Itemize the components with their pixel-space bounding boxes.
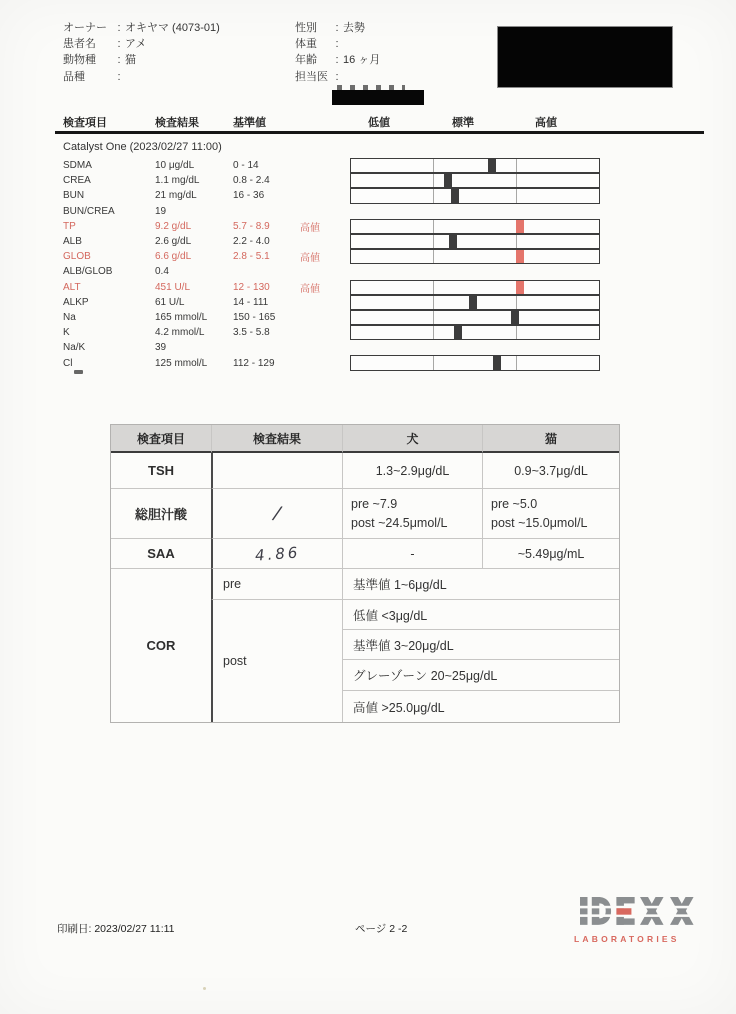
idexx-logo: LABORATORIES bbox=[574, 897, 706, 944]
catalyst-row: ALB/GLOB0.4 bbox=[63, 264, 600, 279]
catalyst-row: Na/K39 bbox=[63, 340, 600, 355]
catalyst-row: ALB2.6 g/dL2.2 - 4.0 bbox=[63, 234, 600, 249]
test-name: ALT bbox=[63, 282, 155, 293]
reference-range: 2.2 - 4.0 bbox=[233, 236, 300, 247]
range-divider bbox=[516, 235, 517, 248]
cor-ref-2: 基準値 3~20μg/dL bbox=[342, 629, 619, 659]
test-result: 9.2 g/dL bbox=[155, 221, 233, 232]
test-result: 19 bbox=[155, 206, 233, 217]
test-name: BUN/CREA bbox=[63, 206, 155, 217]
test-name: Na/K bbox=[63, 342, 155, 353]
range-divider bbox=[433, 220, 434, 233]
weight-row: 体重 : bbox=[295, 36, 380, 52]
reference-range: 150 - 165 bbox=[233, 312, 300, 323]
test-name: ALB bbox=[63, 236, 155, 247]
col-header-range: 基準値 bbox=[233, 114, 266, 130]
reference-table: 検査項目 検査結果 犬 猫 TSH 1.3~2.9μg/dL 0.9~3.7μg… bbox=[110, 424, 620, 723]
doctor-row: 担当医 : bbox=[295, 69, 380, 85]
patient-info-left: オーナー : オキヤマ (4073-01) 患者名 : アメ 動物種 : 猫 品… bbox=[63, 20, 220, 85]
ref-row-bile-dog: pre ~7.9 post ~24.5μmol/L bbox=[342, 488, 482, 538]
header-rule bbox=[55, 131, 704, 134]
test-result: 165 mmol/L bbox=[155, 312, 233, 323]
ref-row-saa-result: 4.86 bbox=[211, 538, 342, 568]
test-result: 6.6 g/dL bbox=[155, 251, 233, 262]
range-divider bbox=[516, 189, 517, 202]
range-indicator-bar bbox=[350, 158, 600, 173]
test-name: BUN bbox=[63, 190, 155, 201]
test-result: 451 U/L bbox=[155, 282, 233, 293]
result-marker bbox=[449, 235, 457, 248]
cor-ref-1: 低値 <3μg/dL bbox=[342, 599, 619, 629]
patient-name-value: アメ bbox=[125, 36, 146, 52]
ref-header-item: 検査項目 bbox=[111, 425, 211, 453]
test-result: 10 μg/dL bbox=[155, 160, 233, 171]
ref-row-cor-post: post bbox=[211, 599, 342, 722]
catalyst-row: BUN/CREA19 bbox=[63, 204, 600, 219]
range-indicator-bar bbox=[350, 173, 600, 188]
cor-ref-4: 高値 >25.0μg/dL bbox=[342, 690, 619, 722]
test-result: 2.6 g/dL bbox=[155, 236, 233, 247]
test-name: K bbox=[63, 327, 155, 338]
patient-info-right: 性別 : 去勢 体重 : 年齢 : 16 ヶ月 担当医 : bbox=[295, 20, 380, 85]
col-header-low: 低値 bbox=[368, 114, 390, 130]
range-indicator-bar bbox=[350, 325, 600, 340]
species-label: 動物種 bbox=[63, 52, 113, 68]
reference-range: 14 - 111 bbox=[233, 297, 300, 308]
catalyst-row: GLOB6.6 g/dL2.8 - 5.1高値 bbox=[63, 249, 600, 264]
print-date: 印刷日: 2023/02/27 11:11 bbox=[57, 921, 175, 936]
range-divider bbox=[433, 281, 434, 294]
range-divider bbox=[516, 159, 517, 172]
breed-row: 品種 : bbox=[63, 69, 220, 85]
range-divider bbox=[433, 235, 434, 248]
range-bar-cell bbox=[350, 204, 600, 219]
owner-value: オキヤマ (4073-01) bbox=[125, 20, 220, 36]
test-result: 21 mg/dL bbox=[155, 190, 233, 201]
range-divider bbox=[433, 311, 434, 324]
result-marker bbox=[451, 189, 459, 202]
patient-name-label: 患者名 bbox=[63, 36, 113, 52]
range-bar-cell bbox=[350, 188, 600, 203]
col-header-result: 検査結果 bbox=[155, 114, 199, 130]
range-bar-cell bbox=[350, 310, 600, 325]
species-row: 動物種 : 猫 bbox=[63, 52, 220, 68]
page-number: ページ 2 -2 bbox=[355, 921, 407, 936]
range-bar-cell bbox=[350, 249, 600, 264]
test-name: Cl bbox=[63, 358, 155, 369]
result-marker bbox=[444, 174, 452, 187]
reference-range: 3.5 - 5.8 bbox=[233, 327, 300, 338]
test-result: 0.4 bbox=[155, 266, 233, 277]
range-indicator-bar bbox=[350, 234, 600, 249]
test-result: 39 bbox=[155, 342, 233, 353]
reference-range: 112 - 129 bbox=[233, 358, 300, 369]
range-divider bbox=[516, 296, 517, 309]
ref-header-dog: 犬 bbox=[342, 425, 482, 453]
test-result: 4.2 mmol/L bbox=[155, 327, 233, 338]
high-flag: 高値 bbox=[300, 249, 350, 264]
test-name: TP bbox=[63, 221, 155, 232]
high-flag: 高値 bbox=[300, 280, 350, 295]
range-indicator-bar bbox=[350, 188, 600, 203]
catalyst-row: ALKP61 U/L14 - 111 bbox=[63, 295, 600, 310]
result-marker bbox=[488, 159, 496, 172]
catalyst-row: CREA1.1 mg/dL0.8 - 2.4 bbox=[63, 173, 600, 188]
age-row: 年齢 : 16 ヶ月 bbox=[295, 52, 380, 68]
sex-label: 性別 bbox=[295, 20, 331, 36]
reference-range: 5.7 - 8.9 bbox=[233, 221, 300, 232]
test-name: SDMA bbox=[63, 160, 155, 171]
test-result: 125 mmol/L bbox=[155, 358, 233, 369]
lab-report-page: オーナー : オキヤマ (4073-01) 患者名 : アメ 動物種 : 猫 品… bbox=[0, 0, 736, 1014]
catalyst-row: Cl125 mmol/L112 - 129 bbox=[63, 355, 600, 370]
scan-speck bbox=[203, 987, 206, 990]
ref-row-cor-pre: pre bbox=[211, 568, 342, 599]
range-divider bbox=[433, 250, 434, 263]
result-marker bbox=[516, 281, 524, 294]
test-result: 1.1 mg/dL bbox=[155, 175, 233, 186]
range-indicator-bar bbox=[350, 355, 600, 370]
ref-header-result: 検査結果 bbox=[211, 425, 342, 453]
ref-row-saa-dog: - bbox=[342, 538, 482, 568]
result-marker bbox=[493, 356, 501, 369]
reference-range: 0 - 14 bbox=[233, 160, 300, 171]
owner-row: オーナー : オキヤマ (4073-01) bbox=[63, 20, 220, 36]
species-value: 猫 bbox=[125, 52, 136, 68]
catalyst-row: K4.2 mmol/L3.5 - 5.8 bbox=[63, 325, 600, 340]
redaction-box bbox=[497, 26, 673, 88]
ref-row-cor-name: COR bbox=[111, 568, 211, 722]
range-bar-cell bbox=[350, 219, 600, 234]
catalyst-row: Na165 mmol/L150 - 165 bbox=[63, 310, 600, 325]
catalyst-row: SDMA10 μg/dL0 - 14 bbox=[63, 158, 600, 173]
result-marker bbox=[516, 220, 524, 233]
range-divider bbox=[433, 189, 434, 202]
age-value: 16 ヶ月 bbox=[343, 52, 380, 68]
breed-label: 品種 bbox=[63, 69, 113, 85]
owner-label: オーナー bbox=[63, 20, 113, 36]
range-divider bbox=[433, 296, 434, 309]
range-bar-cell bbox=[350, 340, 600, 355]
test-name: ALB/GLOB bbox=[63, 266, 155, 277]
ref-row-tsh-name: TSH bbox=[111, 453, 211, 488]
range-divider bbox=[433, 326, 434, 339]
col-header-item: 検査項目 bbox=[63, 114, 107, 130]
doctor-label: 担当医 bbox=[295, 69, 331, 85]
range-indicator-bar bbox=[350, 280, 600, 295]
ref-row-tsh-cat: 0.9~3.7μg/dL bbox=[482, 453, 619, 488]
col-header-normal: 標準 bbox=[452, 114, 474, 130]
result-marker bbox=[469, 296, 477, 309]
reference-range: 16 - 36 bbox=[233, 190, 300, 201]
scan-artifact-dash bbox=[74, 370, 83, 374]
range-indicator-bar bbox=[350, 310, 600, 325]
result-marker bbox=[454, 326, 462, 339]
range-divider bbox=[516, 326, 517, 339]
idexx-wordmark bbox=[574, 897, 706, 927]
range-bar-cell bbox=[350, 173, 600, 188]
patient-name-row: 患者名 : アメ bbox=[63, 36, 220, 52]
high-flag: 高値 bbox=[300, 219, 350, 234]
range-divider bbox=[433, 356, 434, 369]
catalyst-row: ALT451 U/L12 - 130高値 bbox=[63, 280, 600, 295]
test-name: ALKP bbox=[63, 297, 155, 308]
range-bar-cell bbox=[350, 355, 600, 370]
catalyst-row: TP9.2 g/dL5.7 - 8.9高値 bbox=[63, 219, 600, 234]
range-divider bbox=[433, 159, 434, 172]
catalyst-rows: SDMA10 μg/dL0 - 14CREA1.1 mg/dL0.8 - 2.4… bbox=[63, 158, 600, 371]
age-label: 年齢 bbox=[295, 52, 331, 68]
ref-row-tsh-result bbox=[211, 453, 342, 488]
reference-range: 12 - 130 bbox=[233, 282, 300, 293]
ref-header-cat: 猫 bbox=[482, 425, 619, 453]
col-header-high: 高値 bbox=[535, 114, 557, 130]
range-indicator-bar bbox=[350, 295, 600, 310]
result-marker bbox=[511, 311, 519, 324]
weight-label: 体重 bbox=[295, 36, 331, 52]
ref-row-bile-name: 総胆汁酸 bbox=[111, 488, 211, 538]
reference-range: 2.8 - 5.1 bbox=[233, 251, 300, 262]
catalyst-row: BUN21 mg/dL16 - 36 bbox=[63, 188, 600, 203]
range-indicator-bar bbox=[350, 219, 600, 234]
cor-ref-3: グレーゾーン 20~25μg/dL bbox=[342, 659, 619, 690]
sex-row: 性別 : 去勢 bbox=[295, 20, 380, 36]
idexx-laboratories-text: LABORATORIES bbox=[574, 934, 706, 944]
handwritten-saa-value: 4.86 bbox=[254, 543, 301, 564]
cor-ref-0: 基準値 1~6μg/dL bbox=[342, 568, 619, 599]
range-divider bbox=[516, 356, 517, 369]
range-bar-cell bbox=[350, 158, 600, 173]
ref-row-bile-cat: pre ~5.0 post ~15.0μmol/L bbox=[482, 488, 619, 538]
test-name: GLOB bbox=[63, 251, 155, 262]
test-name: Na bbox=[63, 312, 155, 323]
range-bar-cell bbox=[350, 280, 600, 295]
ref-row-saa-cat: ~5.49μg/mL bbox=[482, 538, 619, 568]
range-bar-cell bbox=[350, 295, 600, 310]
range-indicator-bar bbox=[350, 249, 600, 264]
range-bar-cell bbox=[350, 234, 600, 249]
range-divider bbox=[516, 174, 517, 187]
handwritten-slash: / bbox=[273, 503, 282, 525]
doctor-name-redaction-bar bbox=[332, 90, 424, 105]
result-marker bbox=[516, 250, 524, 263]
test-result: 61 U/L bbox=[155, 297, 233, 308]
ref-row-tsh-dog: 1.3~2.9μg/dL bbox=[342, 453, 482, 488]
sex-value: 去勢 bbox=[343, 20, 365, 36]
ref-row-saa-name: SAA bbox=[111, 538, 211, 568]
ref-row-bile-result: / bbox=[211, 488, 342, 538]
reference-range: 0.8 - 2.4 bbox=[233, 175, 300, 186]
analyzer-section-title: Catalyst One (2023/02/27 11:00) bbox=[63, 141, 222, 153]
range-bar-cell bbox=[350, 325, 600, 340]
test-name: CREA bbox=[63, 175, 155, 186]
range-divider bbox=[433, 174, 434, 187]
range-bar-cell bbox=[350, 264, 600, 279]
